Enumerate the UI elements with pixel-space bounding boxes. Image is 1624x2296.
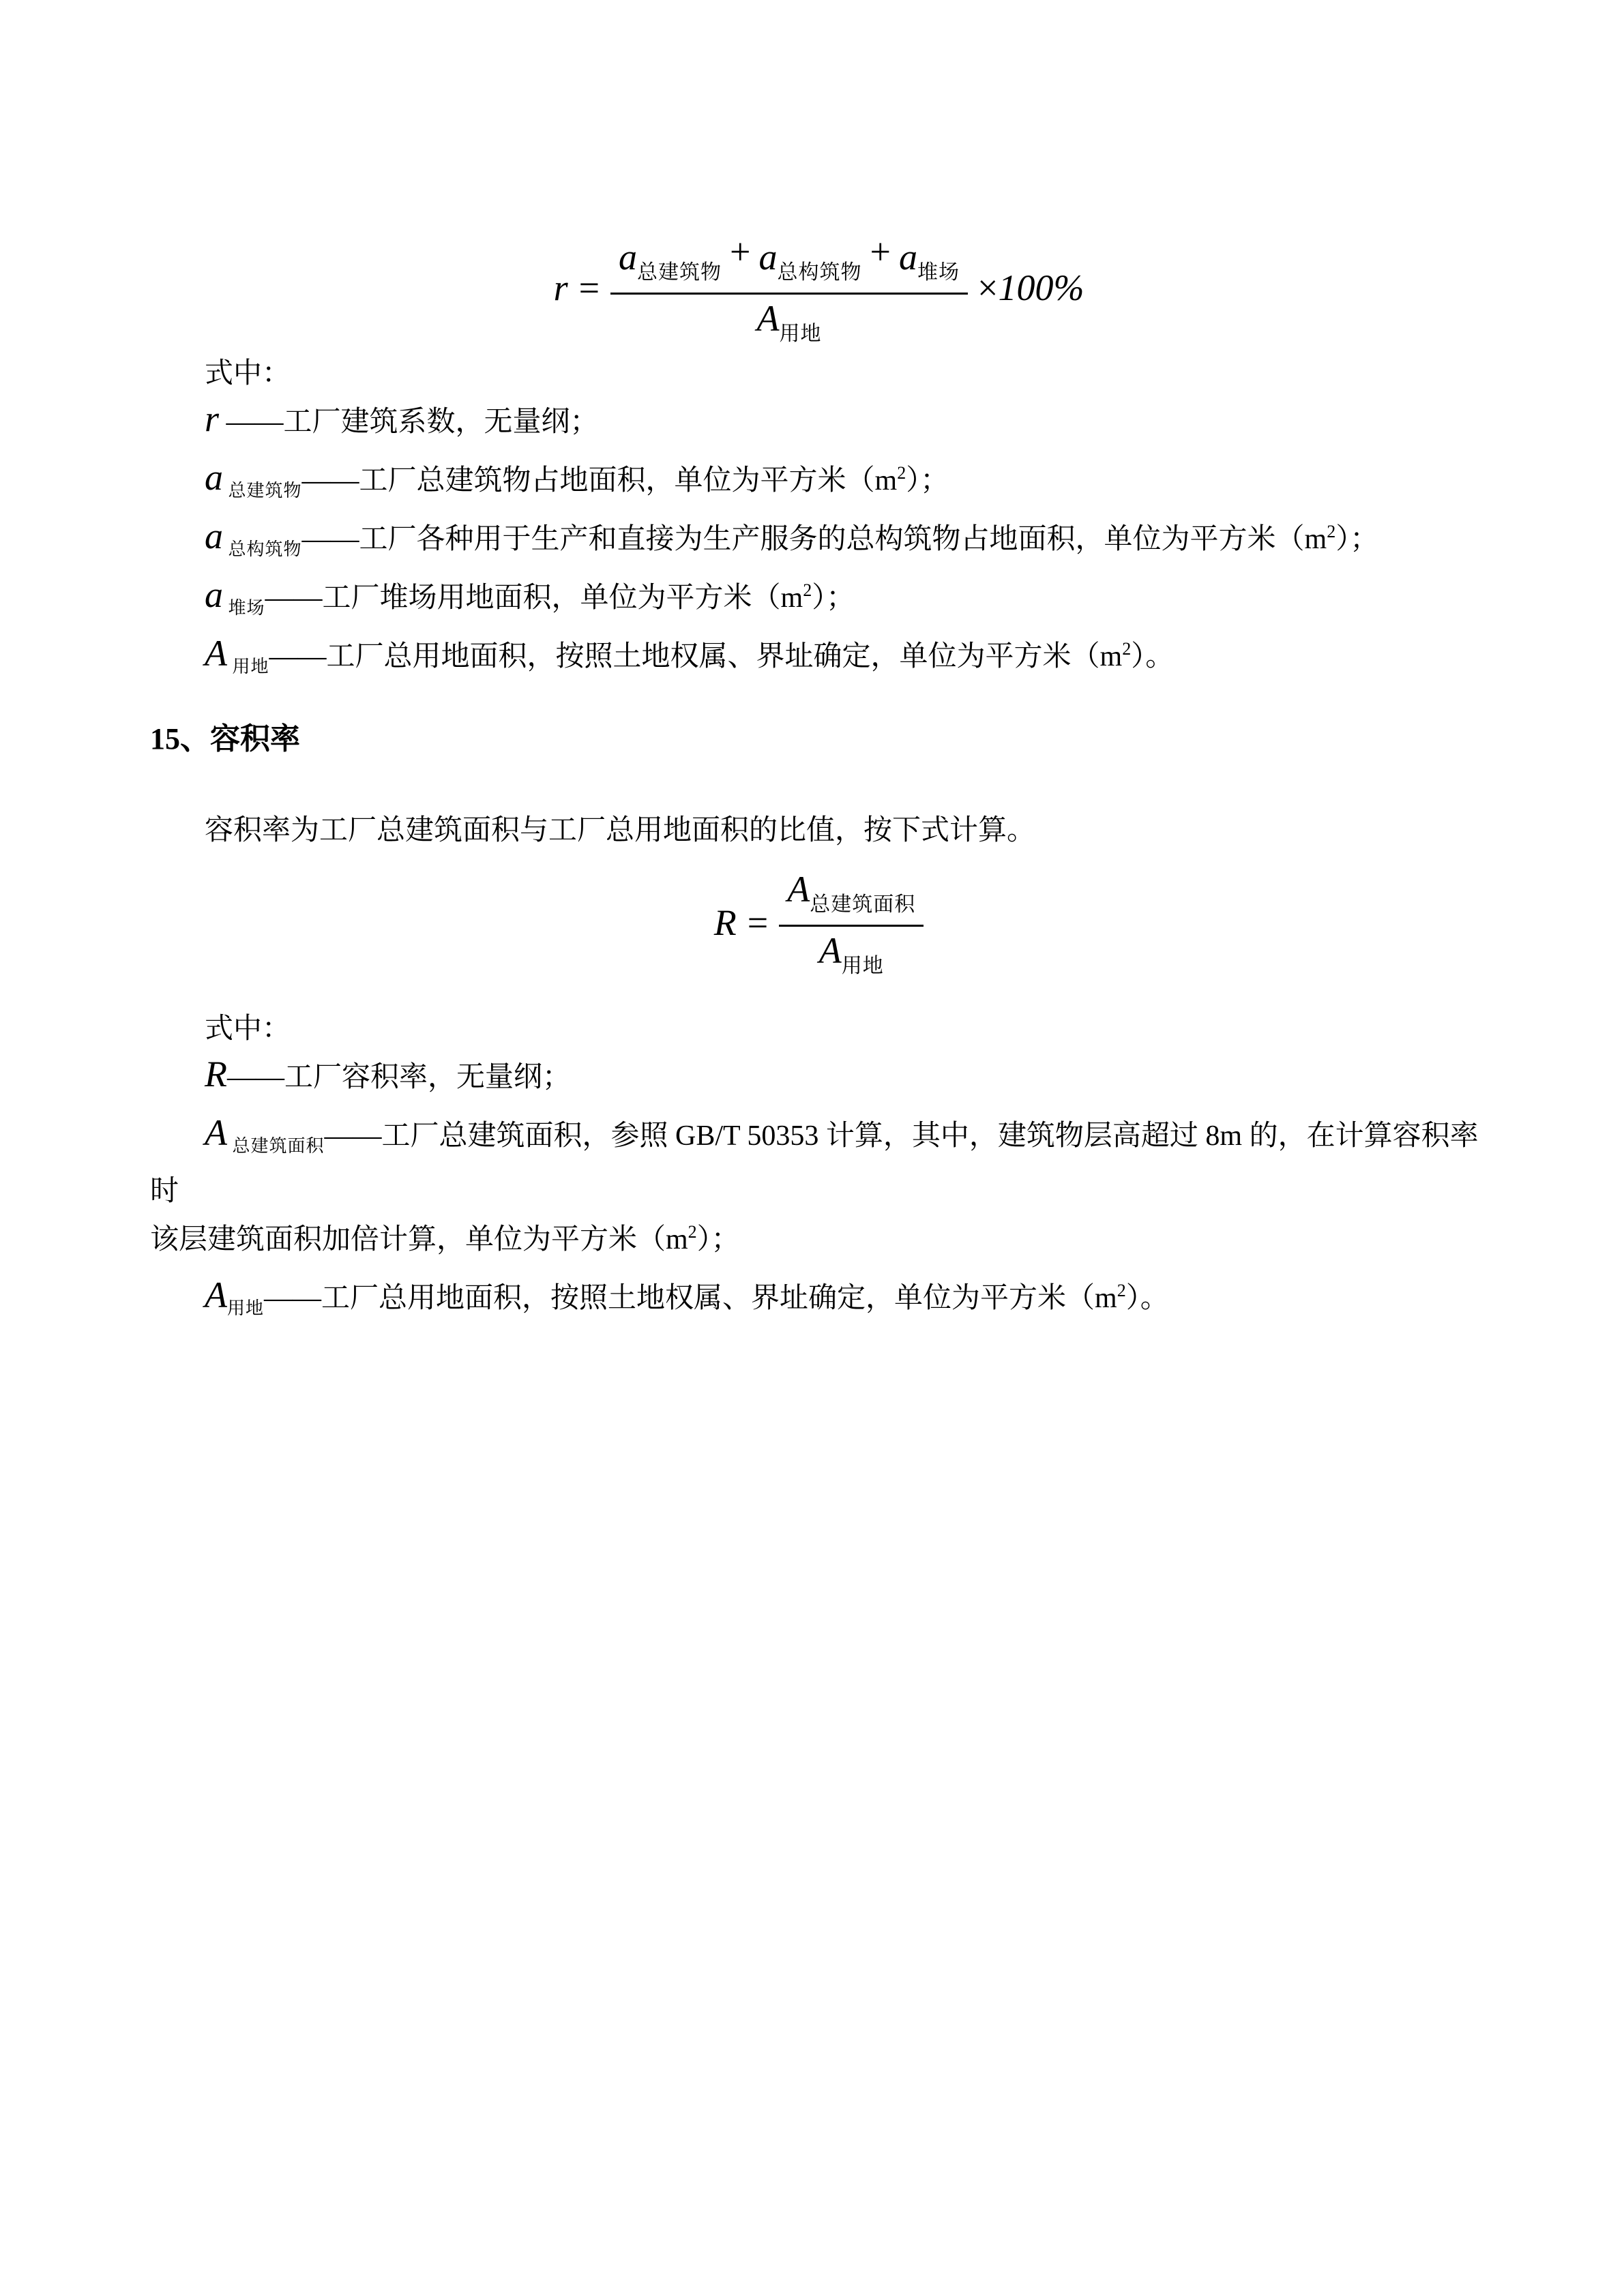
symbol-r: r (205, 398, 219, 439)
definition-dash: —— (302, 524, 359, 555)
definition-line-A-total-floor-area: A 总建筑面积——工厂总建筑面积，参照 GB/T 50353 计算，其中，建筑物… (150, 1110, 1488, 1214)
definition-line-a-stockyard: a 堆场——工厂堆场用地面积，单位为平方米（m2）； (150, 572, 1488, 631)
definition-dash: —— (269, 641, 327, 672)
symbol-A-land: A (205, 633, 227, 674)
definition-dash: —— (219, 406, 284, 438)
formula2-fraction: A总建筑面积 A用地 (779, 868, 924, 976)
definition-continuation-line: 该层建筑面积加倍计算，单位为平方米（m2）； (150, 1214, 1488, 1272)
document-page: r = a总建筑物+a总构筑物+a堆场 A用地 ×100% 式中： r ——工厂… (0, 0, 1624, 2296)
document-content: r = a总建筑物+a总构筑物+a堆场 A用地 ×100% 式中： r ——工厂… (150, 230, 1488, 1331)
formula2-denominator: A用地 (819, 927, 884, 976)
definition-line-r: r ——工厂建筑系数，无量纲； (150, 396, 1488, 455)
definition-line-a-buildings: a 总建筑物——工厂总建筑物占地面积，单位为平方米（m2）； (150, 455, 1488, 513)
section15-intro-paragraph: 容积率为工厂总建筑面积与工厂总用地面积的比值，按下式计算。 (150, 808, 1488, 853)
formula-building-coefficient: r = a总建筑物+a总构筑物+a堆场 A用地 ×100% (150, 230, 1488, 344)
symbol-a-structures: a (205, 516, 223, 556)
formula1-den-sub: 用地 (780, 323, 822, 345)
definition-dash: —— (227, 1062, 284, 1093)
symbol-A-land-2: A (205, 1274, 227, 1315)
definition-text: 工厂总用地面积，按照土地权属、界址确定，单位为平方米（m (321, 1283, 1117, 1314)
section-heading-15-plot-ratio: 15、容积率 (150, 718, 1488, 760)
formula1-num-sub1: 总建筑物 (637, 261, 722, 284)
formula1-times-sign: × (977, 269, 998, 306)
formula-plot-ratio: R = A总建筑面积 A用地 (150, 868, 1488, 976)
definition-text: 该层建筑面积加倍计算，单位为平方米（m (150, 1224, 688, 1255)
formula1-factor: 100% (998, 269, 1084, 306)
definition-line-A-land-2: A用地——工厂总用地面积，按照土地权属、界址确定，单位为平方米（m2）。 (150, 1272, 1488, 1331)
definition-text: 工厂容积率，无量纲； (284, 1062, 571, 1093)
formula2-lhs: R (714, 904, 737, 941)
definition-line-A-land: A 用地——工厂总用地面积，按照土地权属、界址确定，单位为平方米（m2）。 (150, 631, 1488, 689)
symbol-a-stockyard: a (205, 574, 223, 615)
formula2-num-var: A (787, 869, 810, 910)
formula2-equals: = (748, 904, 768, 941)
definition-text: 工厂总建筑物占地面积，单位为平方米（m (359, 465, 898, 496)
definition-text: 工厂各种用于生产和直接为生产服务的总构筑物占地面积，单位为平方米（m (359, 524, 1327, 555)
formula2-den-var: A (819, 930, 842, 971)
definition-dash: —— (264, 1283, 321, 1314)
symbol-A-total-floor-area: A (205, 1112, 227, 1153)
definition-line-a-structures: a 总构筑物——工厂各种用于生产和直接为生产服务的总构筑物占地面积，单位为平方米… (150, 513, 1488, 572)
formula1-plus2: + (870, 231, 891, 272)
formula1-equals: = (579, 269, 600, 306)
formula1-lhs: r (554, 269, 568, 306)
formula1-num-sub2: 总构筑物 (778, 261, 862, 284)
formula2-num-sub: 总建筑面积 (810, 893, 915, 916)
definition-text: 工厂堆场用地面积，单位为平方米（m (323, 582, 803, 614)
formula1-num-sub3: 堆场 (917, 261, 960, 284)
definition-line-R: R——工厂容积率，无量纲； (150, 1052, 1488, 1110)
formula1-num-var3: a (899, 237, 917, 278)
definition-text: 工厂建筑系数，无量纲； (284, 406, 599, 438)
formula1-num-var1: a (619, 237, 637, 278)
where-label-2: 式中： (150, 1007, 1488, 1052)
where-label-1: 式中： (150, 351, 1488, 396)
formula2-numerator: A总建筑面积 (779, 868, 924, 927)
formula1-plus1: + (730, 231, 750, 272)
formula1-numerator: a总建筑物+a总构筑物+a堆场 (610, 230, 968, 295)
formula1-den-var: A (757, 298, 780, 339)
definition-text: 工厂总用地面积，按照土地权属、界址确定，单位为平方米（m (327, 641, 1123, 672)
symbol-R: R (205, 1054, 227, 1094)
formula1-fraction: a总建筑物+a总构筑物+a堆场 A用地 (610, 230, 968, 344)
definition-dash: —— (325, 1120, 382, 1152)
definition-dash: —— (302, 465, 359, 496)
formula1-denominator: A用地 (757, 295, 822, 344)
symbol-a-buildings: a (205, 457, 223, 498)
formula2-den-sub: 用地 (842, 955, 884, 977)
definition-dash: —— (265, 582, 323, 614)
formula1-num-var2: a (759, 237, 778, 278)
